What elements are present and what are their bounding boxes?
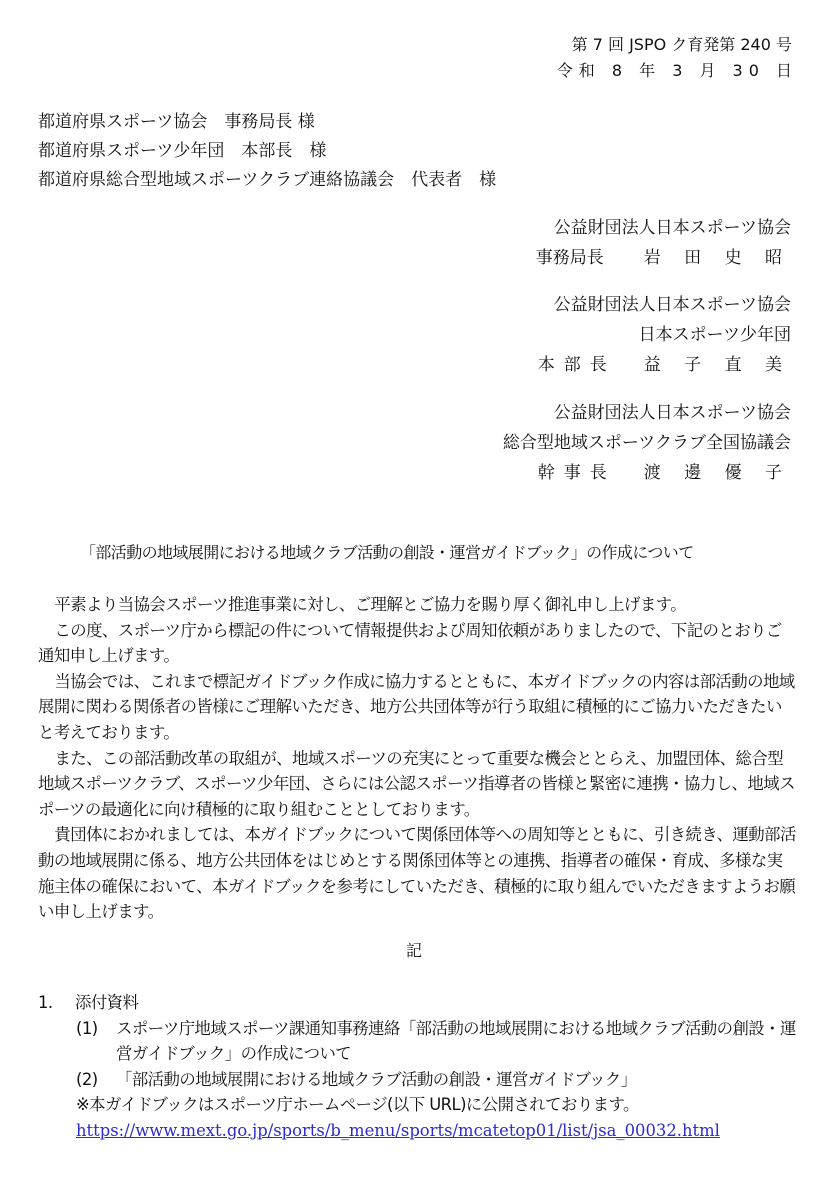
body-paragraph: この度、スポーツ庁から標記の件について情報提供および周知依頼がありましたので、下…	[38, 618, 796, 669]
attachment-label: (2)	[76, 1067, 116, 1093]
addressee-list: 都道府県スポーツ協会 事務局長 様 都道府県スポーツ少年団 本部長 様 都道府県…	[38, 108, 496, 195]
attachments-section: 1. 添付資料 (1) スポーツ庁地域スポーツ課通知事務連絡「部活動の地域展開に…	[38, 990, 798, 1144]
sender-signature: 本部長益 子 直 美	[538, 350, 791, 380]
section-number: 1.	[38, 990, 75, 1016]
sender-block-2: 公益財団法人日本スポーツ協会 日本スポーツ少年団 本部長益 子 直 美	[538, 290, 791, 380]
body-paragraph: また、この部活動改革の取組が、地域スポーツの充実にとって重要な機会ととらえ、加盟…	[38, 746, 796, 823]
sender-signature: 事務局長岩 田 史 昭	[536, 243, 791, 273]
sender-sub-organization: 日本スポーツ少年団	[538, 320, 791, 350]
attachment-item: (1) スポーツ庁地域スポーツ課通知事務連絡「部活動の地域展開における地域クラブ…	[76, 1016, 798, 1067]
document-number: 第 7 回 JSPO ク育発第 240 号	[572, 32, 792, 55]
sender-sub-organization: 総合型地域スポーツクラブ全国協議会	[503, 428, 791, 458]
attachment-text: スポーツ庁地域スポーツ課通知事務連絡「部活動の地域展開における地域クラブ活動の創…	[116, 1016, 798, 1067]
sender-signature: 幹事長渡 邊 優 子	[503, 458, 791, 488]
sender-organization: 公益財団法人日本スポーツ協会	[536, 213, 791, 243]
attachment-item: (2) 「部活動の地域展開における地域クラブ活動の創設・運営ガイドブック」	[76, 1067, 798, 1093]
sender-block-3: 公益財団法人日本スポーツ協会 総合型地域スポーツクラブ全国協議会 幹事長渡 邊 …	[503, 398, 791, 488]
body-paragraph: 当協会では、これまで標記ガイドブック作成に協力するとともに、本ガイドブックの内容…	[38, 669, 796, 746]
document-subject: 「部活動の地域展開における地域クラブ活動の創設・運営ガイドブック」の作成について	[80, 540, 694, 563]
section-title: 添付資料	[75, 990, 138, 1016]
sender-title: 幹事長	[538, 463, 616, 483]
document-date: 令和 8 年 3 月 30 日	[557, 58, 798, 81]
guidebook-link[interactable]: https://www.mext.go.jp/sports/b_menu/spo…	[38, 1118, 786, 1144]
document-body: 平素より当協会スポーツ推進事業に対し、ご理解とご協力を賜り厚く御礼申し上げます。…	[38, 592, 796, 925]
sender-organization: 公益財団法人日本スポーツ協会	[503, 398, 791, 428]
body-paragraph: 平素より当協会スポーツ推進事業に対し、ご理解とご協力を賜り厚く御礼申し上げます。	[38, 592, 796, 618]
attachment-note: ※本ガイドブックはスポーツ庁ホームページ(以下 URL)に公開されております。	[38, 1092, 798, 1118]
sender-name: 益 子 直 美	[644, 355, 791, 375]
sender-organization: 公益財団法人日本スポーツ協会	[538, 290, 791, 320]
body-paragraph: 貴団体におかれましては、本ガイドブックについて関係団体等への周知等とともに、引き…	[38, 822, 796, 924]
attachment-label: (1)	[76, 1016, 116, 1067]
attachments-heading: 1. 添付資料	[38, 990, 798, 1016]
sender-title: 本部長	[538, 355, 616, 375]
addressee: 都道府県スポーツ少年団 本部長 様	[38, 137, 496, 166]
sender-block-1: 公益財団法人日本スポーツ協会 事務局長岩 田 史 昭	[536, 213, 791, 273]
sender-name: 渡 邊 優 子	[644, 463, 791, 483]
attachment-text: 「部活動の地域展開における地域クラブ活動の創設・運営ガイドブック」	[116, 1067, 798, 1093]
addressee: 都道府県スポーツ協会 事務局長 様	[38, 108, 496, 137]
addressee: 都道府県総合型地域スポーツクラブ連絡協議会 代表者 様	[38, 166, 496, 195]
ki-heading: 記	[406, 938, 422, 961]
sender-name: 岩 田 史 昭	[644, 248, 791, 268]
sender-title: 事務局長	[536, 248, 604, 268]
